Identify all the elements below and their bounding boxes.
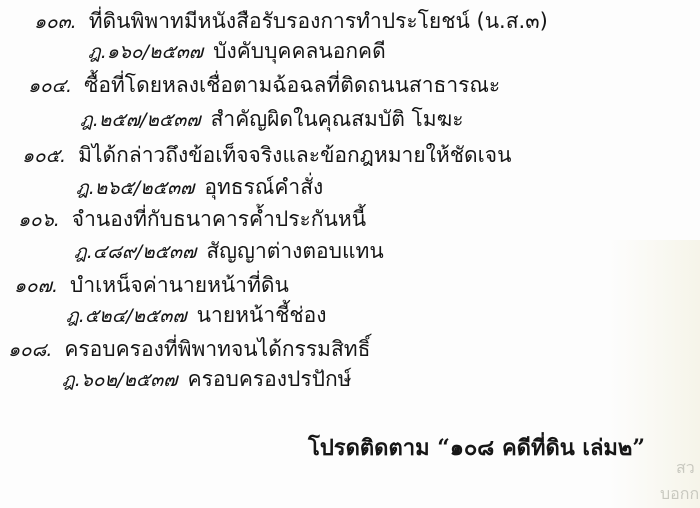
item-number: ๑๐๔. (28, 73, 72, 99)
item-title: ครอบครองที่พิพาทจนได้กรรมสิทธิ์ (64, 337, 370, 361)
item-title: จำนองที่กับธนาคารค้ำประกันหนี้ (72, 207, 366, 231)
item-108-title-row: ๑๐๘.ครอบครองที่พิพาทจนได้กรรมสิทธิ์ (8, 336, 370, 363)
item-title: มิได้กล่าวถึงข้อเท็จจริงและข้อกฎหมายให้ช… (78, 143, 511, 167)
item-number: ๑๐๓. (34, 9, 77, 35)
item-107-title-row: ๑๐๗.บำเหน็จค่านายหน้าที่ดิน (14, 272, 289, 299)
case-note: ครอบครองปรปักษ์ (188, 367, 352, 391)
item-105-ref-row: ฎ.๒๖๕/๒๕๓๗อุทธรณ์คำสั่ง (76, 174, 323, 201)
case-note: อุทธรณ์คำสั่ง (204, 175, 323, 199)
item-title: ที่ดินพิพาทมีหนังสือรับรองการทำประโยชน์ … (89, 9, 548, 33)
case-note: สัญญาต่างตอบแทน (206, 239, 383, 263)
item-103-ref-row: ฎ.๑๖๐/๒๕๓๗บังคับบุคคลนอกคดี (88, 38, 386, 65)
bleed-through-text: สว (676, 456, 695, 481)
case-reference: ฎ.๒๕๗/๒๕๓๗ (80, 109, 201, 131)
item-106-title-row: ๑๐๖.จำนองที่กับธนาคารค้ำประกันหนี้ (18, 206, 366, 233)
item-108-ref-row: ฎ.๖๐๒/๒๕๓๗ครอบครองปรปักษ์ (62, 366, 352, 393)
item-104-ref-row: ฎ.๒๕๗/๒๕๓๗สำคัญผิดในคุณสมบัติ โมฆะ (80, 106, 464, 133)
case-note: บังคับบุคคลนอกคดี (213, 39, 386, 63)
case-reference: ฎ.๔๘๙/๒๕๓๗ (74, 241, 196, 263)
case-reference: ฎ.๖๐๒/๒๕๓๗ (62, 369, 178, 391)
item-107-ref-row: ฎ.๕๒๔/๒๕๓๗นายหน้าชี้ช่อง (66, 302, 327, 329)
item-number: ๑๐๗. (14, 273, 58, 299)
case-reference: ฎ.๑๖๐/๒๕๓๗ (88, 41, 203, 63)
case-note: นายหน้าชี้ช่อง (197, 303, 327, 327)
item-number: ๑๐๖. (18, 207, 60, 233)
document-page: ๑๐๓.ที่ดินพิพาทมีหนังสือรับรองการทำประโย… (0, 0, 700, 508)
item-103-title-row: ๑๐๓.ที่ดินพิพาทมีหนังสือรับรองการทำประโย… (34, 8, 548, 35)
item-title: บำเหน็จค่านายหน้าที่ดิน (70, 273, 289, 297)
item-number: ๑๐๘. (8, 337, 52, 363)
case-note: สำคัญผิดในคุณสมบัติ โมฆะ (211, 107, 464, 131)
follow-up-notice: โปรดติดตาม “๑๐๘ คดีที่ดิน เล่ม๒” (308, 430, 645, 465)
case-reference: ฎ.๕๒๔/๒๕๓๗ (66, 305, 187, 327)
case-reference: ฎ.๒๖๕/๒๕๓๗ (76, 177, 194, 199)
item-105-title-row: ๑๐๕.มิได้กล่าวถึงข้อเท็จจริงและข้อกฎหมาย… (22, 142, 511, 169)
item-number: ๑๐๕. (22, 143, 66, 169)
bleed-through-text: บอกก (660, 482, 699, 507)
item-title: ซื้อที่โดยหลงเชื่อตามฉ้อฉลที่ติดถนนสาธาร… (84, 73, 500, 97)
item-104-title-row: ๑๐๔.ซื้อที่โดยหลงเชื่อตามฉ้อฉลที่ติดถนนส… (28, 72, 500, 99)
item-106-ref-row: ฎ.๔๘๙/๒๕๓๗สัญญาต่างตอบแทน (74, 238, 384, 265)
